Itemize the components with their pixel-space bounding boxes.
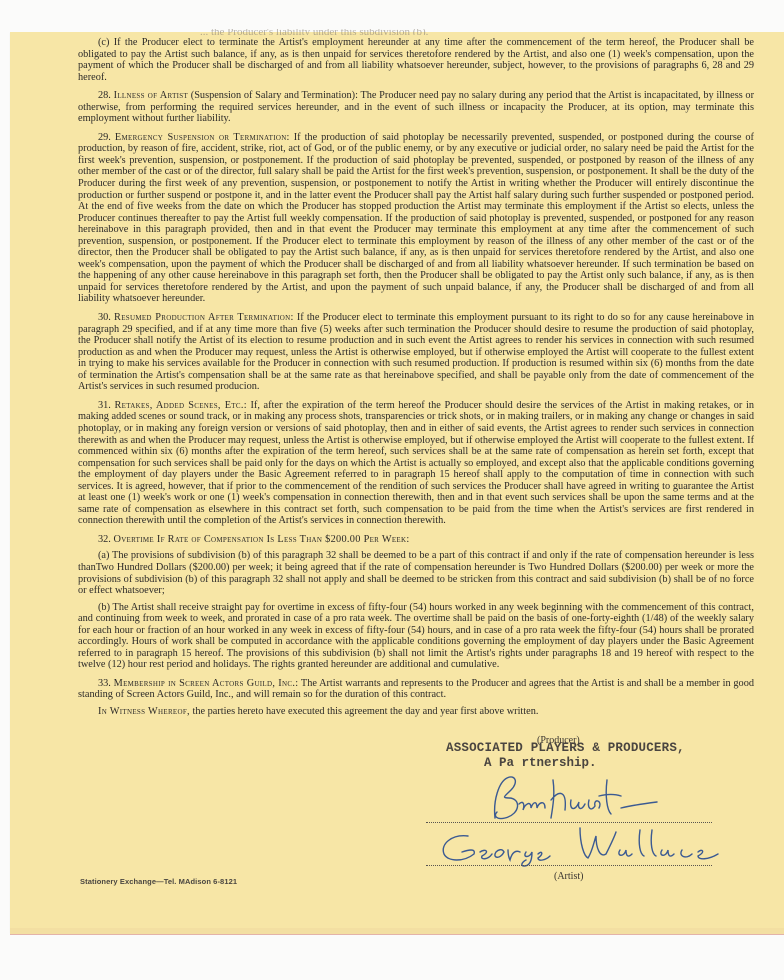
paragraph-27c: (c) If the Producer elect to terminate t… [78,37,754,83]
signature-block: (Producer) ASSOCIATED PLAYERS & PRODUCER… [420,732,760,852]
producer-name: ASSOCIATED PLAYERS & PRODUCERS, [446,741,685,755]
witness-heading: In Witness Whereof, [98,706,190,717]
paragraph-heading: Retakes, Added Scenes, Etc.: [114,400,246,411]
paragraph-33: 33. Membership in Screen Actors Guild, I… [78,678,754,701]
contract-body: (c) If the Producer elect to terminate t… [78,37,754,725]
artist-signature-line [426,865,712,866]
paragraph-heading: Illness of Artist [114,90,188,101]
paragraph-heading: Overtime If Rate of Compensation Is Less… [113,534,409,545]
paragraph-28: 28. Illness of Artist (Suspension of Sal… [78,90,754,125]
paragraph-heading: Membership in Screen Actors Guild, Inc.: [114,678,299,689]
paragraph-32a: (a) The provisions of subdivision (b) of… [78,550,754,596]
producer-signature-line [426,822,712,823]
paragraph-30: 30. Resumed Production After Termination… [78,312,754,393]
cut-off-line: ... the Producer's liability under this … [200,29,530,35]
page-edge-underneath [10,928,784,935]
paragraph-heading: Emergency Suspension or Termination: [115,132,290,143]
paragraph-32b: (b) The Artist shall receive straight pa… [78,602,754,671]
paragraph-29: 29. Emergency Suspension or Termination:… [78,132,754,305]
producer-signature [475,760,665,830]
artist-caption: (Artist) [554,871,583,882]
artist-signature [430,824,730,874]
stationery-footer: Stationery Exchange—Tel. MAdison 6-8121 [80,877,237,886]
paragraph-32: 32. Overtime If Rate of Compensation Is … [78,534,754,546]
paragraph-heading: Resumed Production After Termination: [114,312,294,323]
paragraph-31: 31. Retakes, Added Scenes, Etc.: If, aft… [78,400,754,527]
witness-clause: In Witness Whereof, the parties hereto h… [78,706,754,718]
